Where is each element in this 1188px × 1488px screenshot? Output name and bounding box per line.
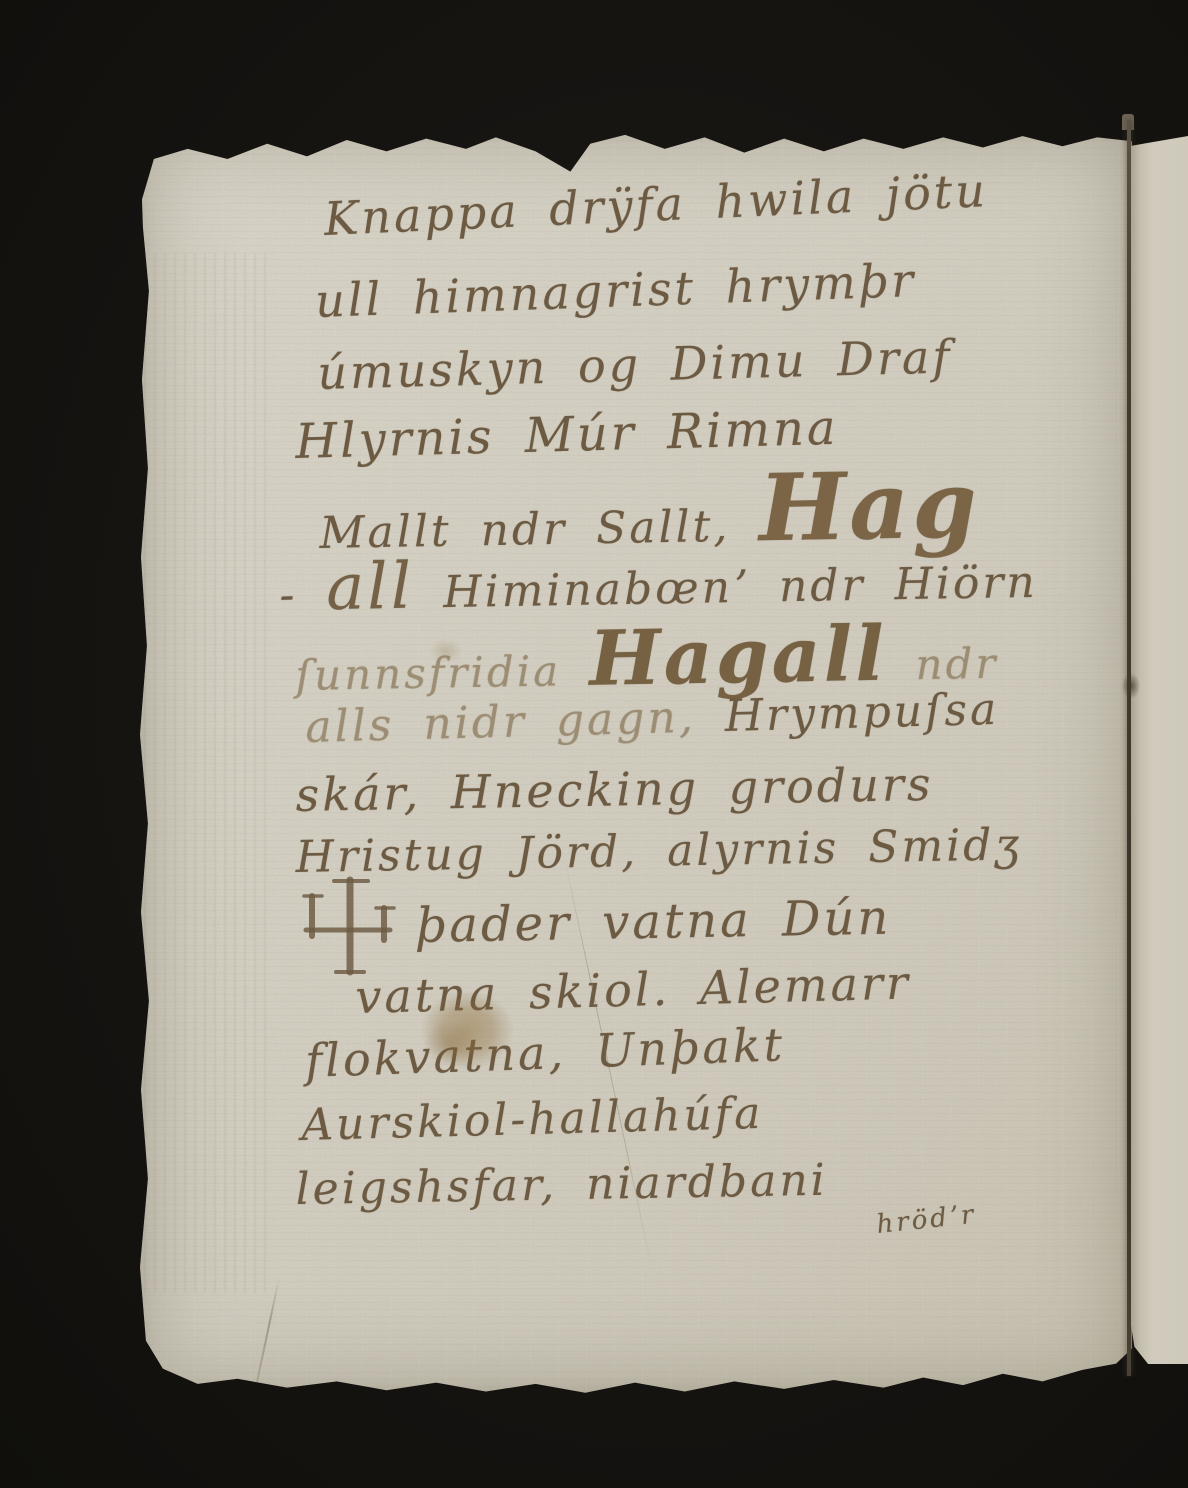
manuscript-text-segment: Hristug Jörd, alyrnis Smidʒ <box>295 819 1022 883</box>
manuscript-text-segment: skár, Hnecking grodurs <box>295 757 934 822</box>
page-gutter-line <box>1127 120 1131 1376</box>
manuscript-line: Hristug Jörd, alyrnis Smidʒ <box>295 823 1022 880</box>
manuscript-text-segment: flokvatna, Unþakt <box>304 1017 786 1088</box>
handwritten-text-block: Knappa drÿfa hwila jötuull himnagrist hr… <box>138 126 1132 1394</box>
manuscript-text-segment: hrödʼr <box>875 1200 978 1240</box>
manuscript-text-segment: ſunnsfridia <box>295 646 590 700</box>
next-page-edge <box>1131 136 1188 1364</box>
manuscript-text-segment: Hrympuſsa <box>724 684 1000 742</box>
manuscript-text-segment: Himinabœnʼ ndr Hiörn <box>414 557 1038 619</box>
manuscript-text-segment: alls nidr gagn, <box>305 691 726 753</box>
manuscript-text-segment: ull himnagrist hrymþr <box>314 253 917 328</box>
manuscript-text-segment: úmuskyn og Dimu Draf <box>317 329 953 400</box>
manuscript-line: skár, Hnecking grodurs <box>295 761 934 818</box>
manuscript-page: Knappa drÿfa hwila jötuull himnagrist hr… <box>138 126 1132 1394</box>
manuscript-text-segment: - <box>279 569 327 621</box>
manuscript-line: leigshsfar, niardbani <box>295 1159 828 1212</box>
catchword: hrödʼr <box>875 1202 977 1238</box>
manuscript-line: ull himnagrist hrymþr <box>314 257 916 324</box>
bind-rune-icon <box>298 874 398 984</box>
manuscript-text-segment: vatna skiol. Alemarr <box>355 955 912 1024</box>
manuscript-line: - all Himinabœnʼ ndr Hiörn <box>279 545 1038 622</box>
manuscript-text-segment: Knappa drÿfa hwila jötu <box>323 163 989 246</box>
manuscript-text-segment: all <box>326 550 415 626</box>
manuscript-line: Aurskiol-hallahúfa <box>301 1092 764 1148</box>
manuscript-line: vatna skiol. Alemarr <box>355 959 912 1020</box>
manuscript-line: Knappa drÿfa hwila jötu <box>323 167 989 242</box>
manuscript-line: þader vatna Dún <box>415 894 892 950</box>
manuscript-text-segment: leigshsfar, niardbani <box>295 1155 828 1215</box>
manuscript-text-segment: Aurskiol-hallahúfa <box>301 1088 764 1151</box>
manuscript-text-segment: ndr <box>887 639 999 690</box>
manuscript-text-segment: þader vatna Dún <box>415 890 892 954</box>
manuscript-line: úmuskyn og Dimu Draf <box>317 333 953 396</box>
manuscript-line: flokvatna, Unþakt <box>304 1021 785 1084</box>
